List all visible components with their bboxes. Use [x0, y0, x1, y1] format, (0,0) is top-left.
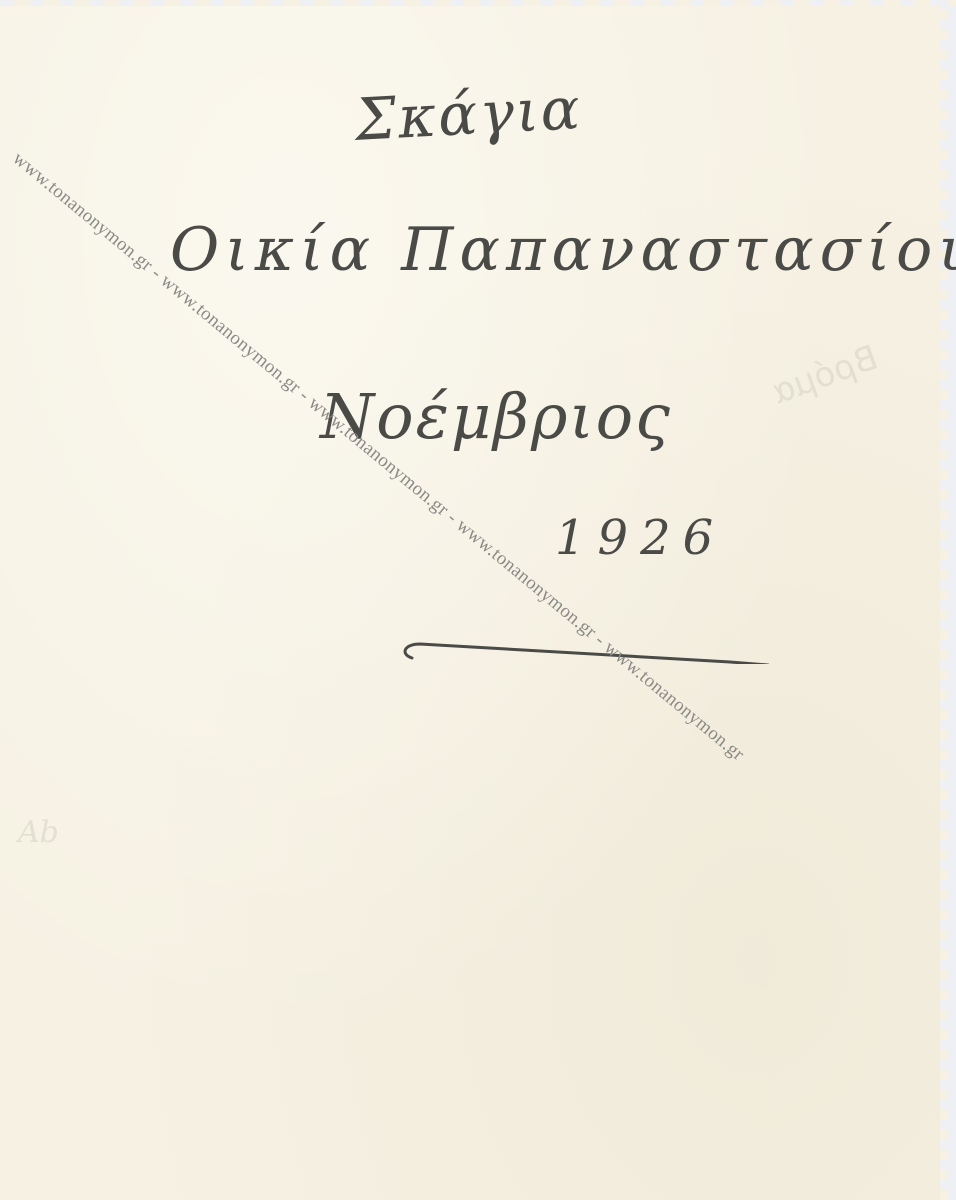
photo-back-card: Σκάγια Οικία Παπαναστασίου Νοέμβριος 192… — [0, 0, 948, 1200]
deckled-right-edge — [940, 0, 948, 1200]
deckled-top-edge — [0, 0, 956, 6]
handwritten-year: 1926 — [555, 510, 725, 566]
handwritten-underline — [400, 640, 770, 664]
faint-stamp-bleedthrough: Βρόμα — [766, 337, 883, 412]
handwritten-line-2: Οικία Παπαναστασίου — [170, 215, 956, 285]
handwritten-line-1: Σκάγια — [353, 74, 583, 154]
faint-pencil-mark: Ab — [18, 815, 59, 850]
